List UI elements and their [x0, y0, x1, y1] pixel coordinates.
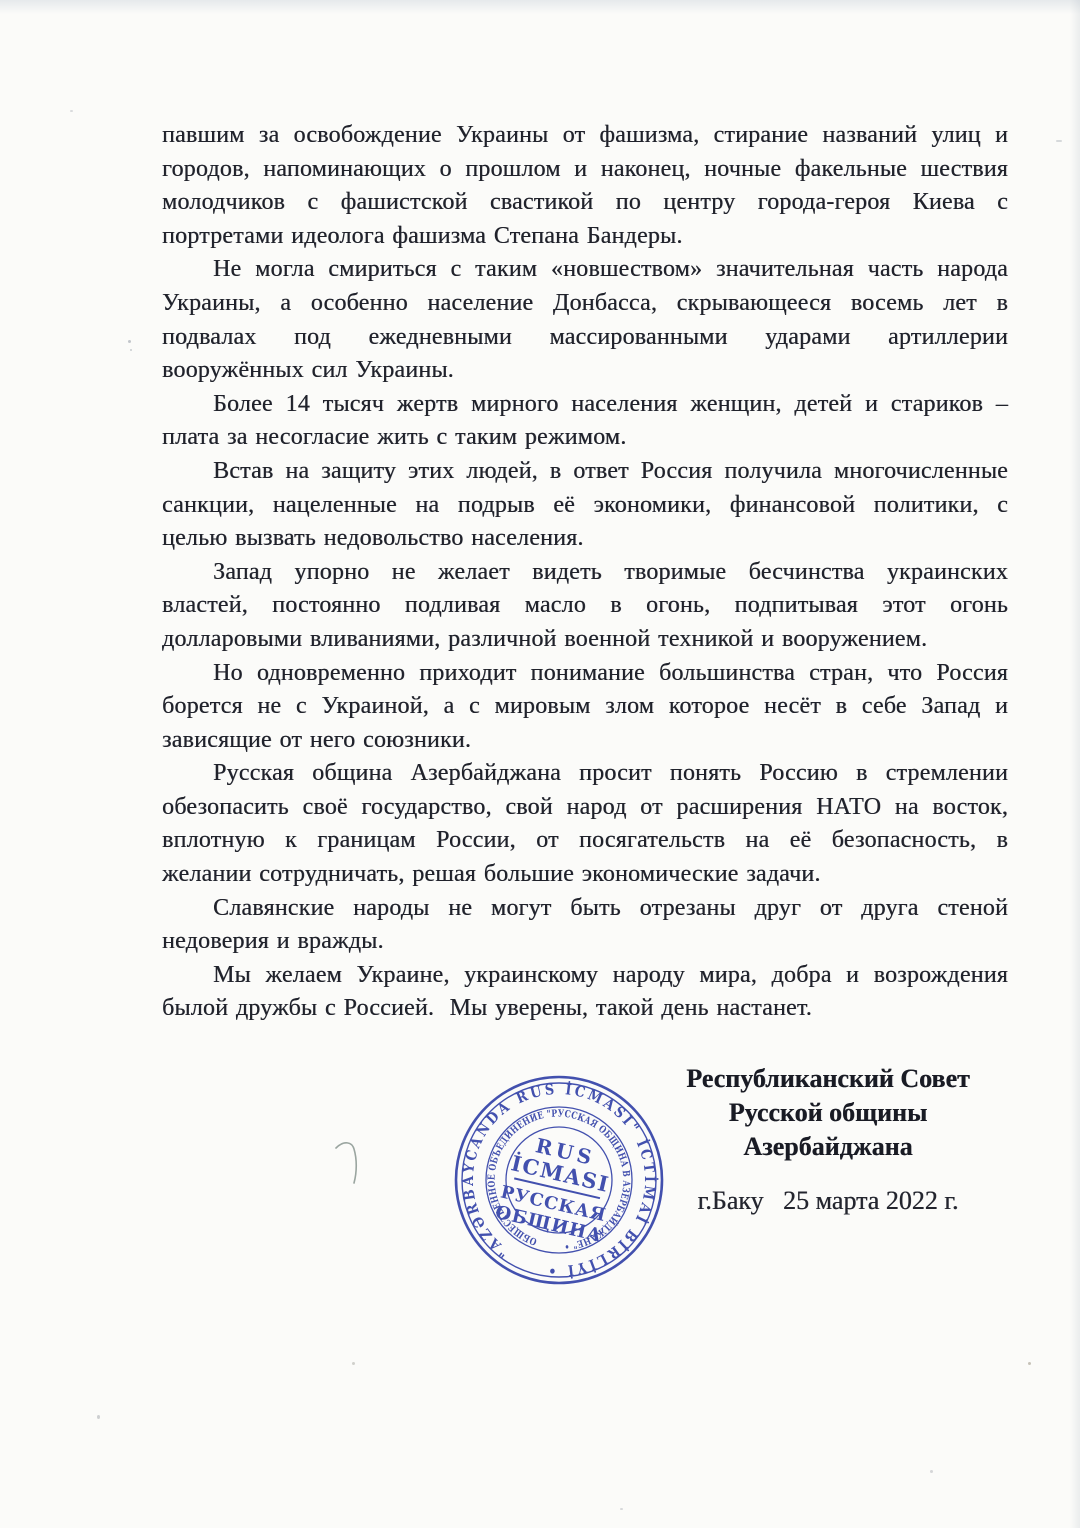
text-line: обезопасить своё государство, свой народ…: [162, 791, 1008, 825]
letter-body: павшим за освобождение Украины от фашизм…: [162, 119, 1008, 1026]
scan-speck: [1056, 140, 1062, 142]
scan-speck: [352, 1362, 355, 1365]
text-line: Не могла смириться с таким «новшеством» …: [162, 253, 1008, 287]
signature-org-line2: Русской общины Азербайджана: [650, 1096, 1006, 1164]
text-line: Русская община Азербайджана просит понят…: [162, 757, 1008, 791]
text-line: Но одновременно приходит понимание больш…: [162, 657, 1008, 691]
scan-speck: [70, 110, 73, 112]
scan-edge-shading-top: [0, 0, 1080, 14]
scan-edge-shading-right: [1070, 0, 1080, 1528]
signature-org-line1: Республиканский Совет: [650, 1062, 1006, 1096]
signature-place-date: г.Баку 25 марта 2022 г.: [650, 1186, 1006, 1216]
text-line: властей, постоянно подливая масло в огон…: [162, 589, 1008, 623]
text-line: Славянские народы не могут быть отрезаны…: [162, 892, 1008, 926]
text-line: плата за несогласие жить с таким режимом…: [162, 421, 1008, 455]
text-line: портретами идеолога фашизма Степана Банд…: [162, 220, 1008, 254]
text-line: Более 14 тысяч жертв мирного населения ж…: [162, 388, 1008, 422]
text-line: недоверия и вражды.: [162, 925, 1008, 959]
text-line: зависящие от него союзники.: [162, 724, 1008, 758]
text-line: долларовыми вливаниями, различной военно…: [162, 623, 1008, 657]
scanned-letter-page: { "page": { "background": "#fbfbf9", "te…: [0, 0, 1080, 1528]
text-line: былой дружбы с Россией. Мы уверены, тако…: [162, 992, 1008, 1026]
text-line: павшим за освобождение Украины от фашизм…: [162, 119, 1008, 153]
text-line: вплотную к границам России, от посягател…: [162, 824, 1008, 858]
scan-speck: [1028, 1362, 1031, 1365]
text-line: санкции, нацеленные на подрыв её экономи…: [162, 489, 1008, 523]
scan-speck: [130, 349, 132, 351]
signature-block: Республиканский Совет Русской общины Азе…: [650, 1062, 1006, 1216]
organization-stamp: "AZƏRBAYCANDA RUS İCMASI" İCTİMAİ BİRLİY…: [449, 1070, 669, 1290]
text-line: вооружённых сил Украины.: [162, 354, 1008, 388]
text-line: Мы желаем Украине, украинскому народу ми…: [162, 959, 1008, 993]
text-line: целью вызвать недовольство населения.: [162, 522, 1008, 556]
scan-speck: [620, 1508, 623, 1510]
scan-speck: [128, 340, 131, 343]
text-line: Запад упорно не желает видеть творимые б…: [162, 556, 1008, 590]
text-line: подвалах под ежедневными массированными …: [162, 321, 1008, 355]
text-line: молодчиков с фашистской свастикой по цен…: [162, 186, 1008, 220]
text-line: желании сотрудничать, решая большие экон…: [162, 858, 1008, 892]
text-line: Встав на защиту этих людей, в ответ Росс…: [162, 455, 1008, 489]
pen-tick-mark: [330, 1136, 374, 1192]
text-line: Украины, а особенно население Донбасса, …: [162, 287, 1008, 321]
scan-speck: [930, 1470, 933, 1473]
scan-speck: [97, 1415, 100, 1419]
text-line: городов, напоминающих о прошлом и наконе…: [162, 153, 1008, 187]
text-line: борется не с Украиной, а с мировым злом …: [162, 690, 1008, 724]
